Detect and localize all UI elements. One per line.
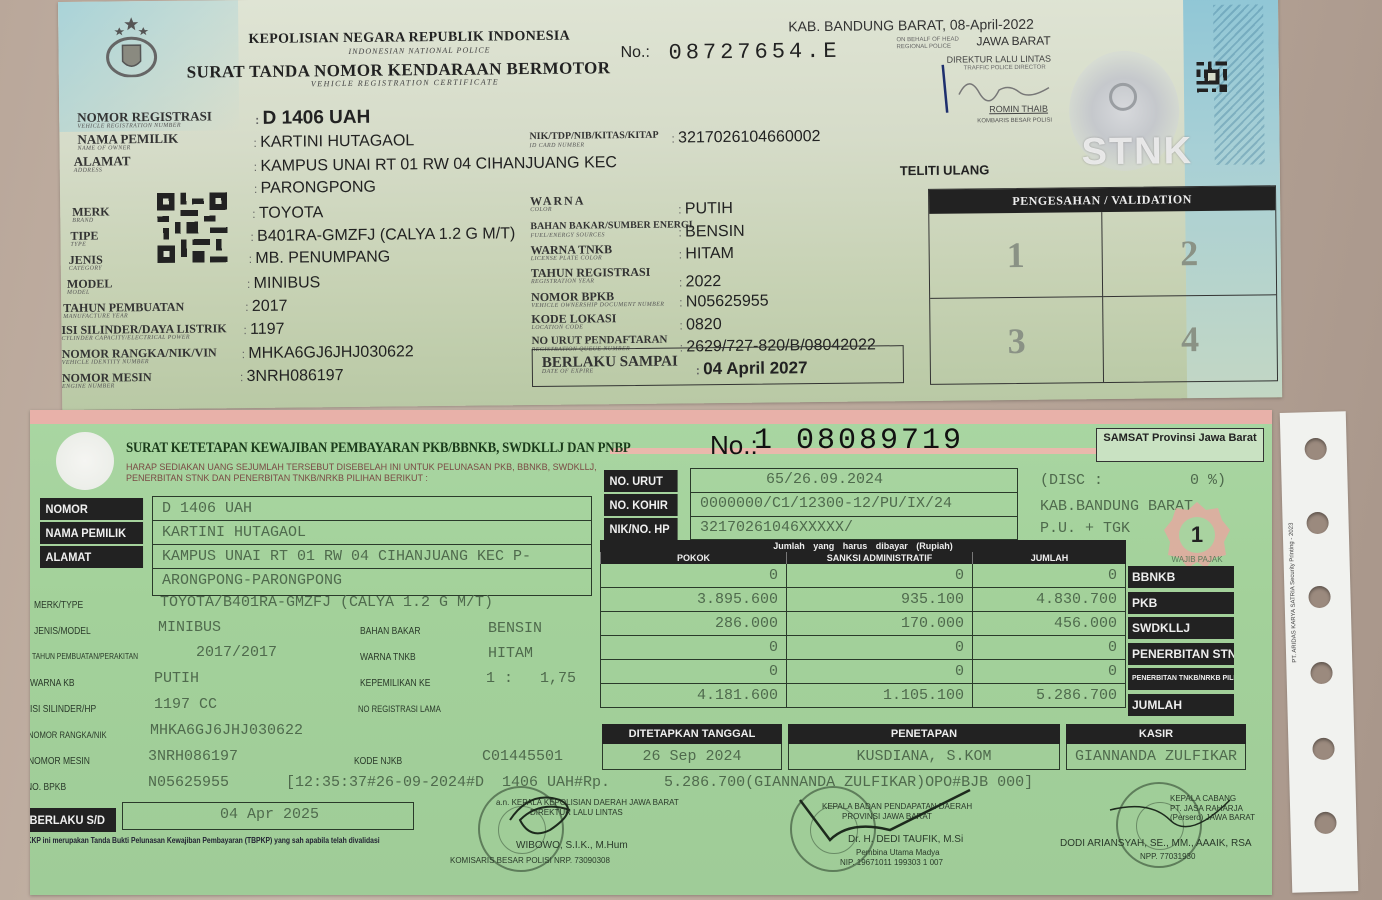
svg-text:1: 1 (1191, 522, 1203, 547)
column-header: JUMLAH (972, 552, 1126, 564)
validation-box: PENGESAHAN / VALIDATION 1 2 3 4 (928, 185, 1278, 385)
registration-year: 2022 (679, 273, 721, 291)
registration-number: D 1406 UAH (255, 107, 370, 130)
fuel: BENSIN (488, 620, 542, 637)
label-old-registration: NO REGISTRASI LAMA (358, 704, 441, 714)
expiry-date: 04 April 2027 (696, 358, 808, 379)
label-kohir: NO. KOHIR (604, 494, 678, 516)
vehicle-type: B401RA-GMZFJ (CALYA 1.2 G M/T) (250, 225, 515, 246)
payment-table-caption: Jumlah yang harus dibayar (Rupiah) (600, 540, 1126, 552)
owner-address: KAMPUS UNAI RT 01 RW 04 CIHANJUANG KEC (254, 154, 617, 176)
column-header: SANKSI ADMINISTRATIF (786, 552, 972, 564)
skkp-number-label: No.: (710, 430, 758, 461)
certificate-number: 08727654.E (668, 39, 840, 66)
label-bpkb: NO. BPKB (30, 782, 66, 793)
punch-hole (1310, 662, 1333, 685)
vehicle-category: MB. PENUMPANG (249, 249, 391, 268)
manufacture-year: 2017 (245, 298, 287, 316)
location-code: 0820 (679, 316, 721, 334)
table-row: 000 (600, 564, 1126, 588)
punch-hole (1304, 438, 1327, 461)
ownership: 1 : 1,75 (486, 670, 576, 687)
signatory-name: ROMIN THAIB (989, 104, 1048, 115)
field-label-cylinder: ISI SILINDER/DAYA LISTRIKCYLINDER CAPACI… (61, 322, 226, 343)
assessor: KUSDIANA, S.KOM (788, 744, 1060, 770)
label-njkb: KODE NJKB (354, 756, 402, 767)
brand-type: TOYOTA/B401RA-GMZFJ (CALYA 1.2 G M/T) (160, 594, 493, 611)
registration-number: D 1406 UAH (162, 500, 252, 517)
vehicle-category-code: P.U. + TGK (1040, 520, 1130, 537)
expiry-label: BERLAKU SAMPAIDATE OF EXPIRE (542, 356, 678, 376)
category-model: MINIBUS (158, 619, 221, 636)
label-registration: NOMOR REGISTRASI (40, 498, 143, 520)
field-label-brand: MERKBRAND (72, 205, 110, 224)
queue-number: 65/26.09.2024 (766, 471, 883, 488)
table-cell: 5.286.700 (972, 684, 1126, 708)
vehicle-color: PUTIH (154, 670, 199, 687)
label-cashier: KASIR (1066, 724, 1246, 744)
vin: MHKA6GJ6JHJ030622 (150, 722, 303, 739)
field-label-bpkb: NOMOR BPKBVEHICLE OWNERSHIP DOCUMENT NUM… (531, 290, 664, 310)
njkb-code: C01445501 (482, 748, 563, 765)
field-label-nik: NIK/TDP/NIB/KITAS/KITAPID CARD NUMBER (529, 130, 658, 150)
punch-hole (56, 432, 114, 490)
field-label-type: TIPETYPE (70, 230, 98, 249)
skkp-title: SURAT KETETAPAN KEWAJIBAN PEMBAYARAN PKB… (126, 440, 631, 457)
cashier: GIANNANDA ZULFIKAR (1066, 744, 1246, 770)
fuel-type: BENSIN (678, 223, 744, 242)
table-cell: 0 (600, 660, 786, 684)
table-cell: 0 (972, 660, 1126, 684)
validation-cell: 1 (929, 212, 1103, 299)
cylinder: 1197 CC (154, 696, 217, 713)
column-header: POKOK (600, 552, 786, 564)
row-label: BBNKB (1128, 566, 1234, 588)
bpkb-number: N05625955 (679, 293, 769, 312)
skkp-note: SKKP ini merupakan Tanda Bukti Pelunasan… (30, 836, 380, 845)
field-label-registration-year: TAHUN REGISTRASIREGISTRATION YEAR (531, 266, 651, 286)
qr-code-icon (156, 192, 229, 263)
table-cell: 4.830.700 (972, 588, 1126, 612)
table-cell: 0 (600, 564, 786, 588)
punch-hole (1306, 512, 1329, 535)
qr-code-icon (1193, 58, 1231, 96)
row-label: PENERBITAN STNK (1128, 643, 1234, 665)
owner-name: KARTINI HUTAGAOL (253, 132, 414, 152)
row-label: PENERBITAN TNKB/NRKB PILIHAN (1128, 668, 1234, 690)
police-emblem-icon (102, 15, 161, 78)
cylinder-capacity: 1197 (243, 321, 284, 339)
validation-title: PENGESAHAN / VALIDATION (929, 186, 1275, 214)
assessment-date: 26 Sep 2024 (602, 744, 782, 770)
nik-number: 3217026104660002 (671, 128, 820, 148)
field-label-engine: NOMOR MESINENGINE NUMBER (62, 371, 152, 391)
certificate-number-label: No.: (620, 44, 650, 62)
owner-name: KARTINI HUTAGAOL (162, 524, 306, 541)
manufacture-year: 2017/2017 (196, 644, 277, 661)
owner-address-line2: PARONGPONG (254, 179, 376, 198)
table-row: 000 (600, 636, 1126, 660)
vin-number: MHKA6GJ6JHJ030622 (242, 343, 414, 363)
stnk-certificate: KEPOLISIAN NEGARA REPUBLIK INDONESIA IND… (58, 0, 1282, 410)
discount-value: 0 %) (1190, 472, 1226, 489)
skkp-number: 1 08089719 (754, 424, 964, 458)
row-label: SWDKLLJ (1128, 617, 1234, 639)
table-cell: 0 (786, 636, 972, 660)
issuing-region: JAWA BARAT (976, 34, 1050, 49)
reexamine-note: TELITI ULANG (900, 162, 990, 178)
punch-hole (1308, 586, 1331, 609)
engine-number: 3NRH086197 (148, 748, 238, 765)
table-row: 4.181.6001.105.1005.286.700 (600, 684, 1126, 708)
table-cell: 0 (972, 636, 1126, 660)
field-label-plate-color: WARNA TNKBLICENSE PLATE COLOR (531, 243, 613, 263)
printer-credit: PT. ARIDAS KARYA SATRIA Security Printin… (1289, 523, 1299, 663)
vehicle-color: PUTIH (678, 200, 733, 219)
table-cell: 1.105.100 (786, 684, 972, 708)
field-label-category: JENISCATEGORY (69, 254, 103, 273)
punch-hole (1312, 738, 1335, 761)
skkp-instruction: HARAP SEDIAKAN UANG SEJUMLAH TERSEBUT DI… (126, 462, 606, 484)
label-queue: NO. URUT (604, 470, 678, 492)
label-category-model: JENIS/MODEL (34, 626, 91, 637)
table-row: 3.895.600935.1004.830.700 (600, 588, 1126, 612)
table-cell: 4.181.600 (600, 684, 786, 708)
table-cell: 170.000 (786, 612, 972, 636)
table-cell: 935.100 (786, 588, 972, 612)
owner-address-line2: ARONGPONG-PARONGPONG (162, 572, 342, 589)
field-label-color: WARNACOLOR (530, 194, 586, 214)
label-assessor: PENETAPAN (788, 724, 1060, 744)
office-name: SAMSAT Provinsi Jawa Barat (1096, 428, 1264, 462)
label-ownership: KEPEMILIKAN KE (360, 678, 430, 689)
signatory-rank: KOMBARIS BESAR POLISI (977, 118, 1052, 125)
hologram-seal-icon (1109, 83, 1137, 111)
field-label-model: MODELMODEL (67, 277, 113, 296)
label-brand-type: MERK/TYPE (34, 600, 83, 611)
taxpayer-badge-icon: 1 WAJIB PAJAK (1162, 500, 1232, 570)
on-behalf-text: ON BEHALF OF HEAD REGIONAL POLICE (896, 36, 966, 51)
discount-label: (DISC : (1040, 472, 1103, 489)
bpkb-number: N05625955 (148, 774, 229, 791)
table-row: 286.000170.000456.000 (600, 612, 1126, 636)
validation-cell: 2 (1102, 210, 1276, 297)
label-nik-phone: NIK/NO. HP (604, 518, 678, 540)
table-cell: 0 (786, 564, 972, 588)
signature-icon (470, 780, 1272, 860)
institution-name: KEPOLISIAN NEGARA REPUBLIK INDONESIA (248, 29, 570, 48)
table-cell: 0 (972, 564, 1126, 588)
validation-cell: 3 (930, 297, 1104, 384)
payment-table: Jumlah yang harus dibayar (Rupiah) POKOK… (600, 540, 1126, 708)
tax-assessment-slip: SURAT KETETAPAN KEWAJIBAN PEMBAYARAN PKB… (30, 410, 1272, 895)
label-assessment-date: DITETAPKAN TANGGAL (602, 724, 782, 744)
label-cylinder: ISI SILINDER/HP (30, 704, 96, 715)
table-cell: 0 (786, 660, 972, 684)
field-label-registration: NOMOR REGISTRASIVEHICLE REGISTRATION NUM… (77, 110, 212, 130)
validation-cell: 4 (1103, 295, 1277, 382)
table-cell: 456.000 (972, 612, 1126, 636)
svg-text:WAJIB PAJAK: WAJIB PAJAK (1171, 555, 1223, 564)
field-label-address: ALAMATADDRESS (74, 155, 131, 175)
label-plate-color: WARNA TNKB (360, 652, 416, 663)
table-cell: 286.000 (600, 612, 786, 636)
label-vehicle-color: WARNA KB (30, 678, 75, 689)
issue-place-date: KAB. BANDUNG BARAT, 08-April-2022 (788, 16, 1034, 35)
valid-until: 04 Apr 2025 (220, 806, 319, 823)
row-label: PKB (1128, 592, 1234, 614)
label-manufacture-year: TAHUN PEMBUATAN/PERAKITAN (32, 652, 138, 661)
plate-color: HITAM (488, 645, 533, 662)
plate-color: HITAM (679, 245, 734, 264)
label-valid-until: BERLAKU S/D (30, 808, 116, 832)
label-engine: NOMOR MESIN (30, 756, 90, 767)
punch-hole (1314, 812, 1337, 835)
owner-address: KAMPUS UNAI RT 01 RW 04 CIHANJUANG KEC P… (162, 548, 531, 565)
table-cell: 3.895.600 (600, 588, 786, 612)
label-address: ALAMAT (40, 546, 143, 568)
field-label-fuel: BAHAN BAKAR/SUMBER ENERGIFUEL/ENERGY SOU… (530, 219, 692, 240)
field-label-location-code: KODE LOKASILOCATION CODE (531, 312, 616, 332)
institution-name-en: INDONESIAN NATIONAL POLICE (348, 45, 490, 55)
table-cell: 0 (600, 636, 786, 660)
table-row: 000 (600, 660, 1126, 684)
row-label: JUMLAH (1128, 694, 1234, 716)
field-label-manufacture-year: TAHUN PEMBUATANMANUFACTURE YEAR (63, 301, 184, 321)
vehicle-brand: TOYOTA (252, 204, 323, 223)
field-label-vin: NOMOR RANGKA/NIK/VINVEHICLE IDENTITY NUM… (62, 346, 217, 367)
nik-phone: 32170261046XXXXX/ (700, 519, 853, 536)
document-title-en: VEHICLE REGISTRATION CERTIFICATE (311, 77, 499, 88)
perforated-strip: PT. ARIDAS KARYA SATRIA Security Printin… (1280, 411, 1359, 893)
kohir-number: 0000000/C1/12300-12/PU/IX/24 (700, 495, 952, 512)
field-label-owner: NAMA PEMILIKNAME OF OWNER (77, 133, 178, 153)
vehicle-model: MINIBUS (247, 274, 321, 293)
engine-number: 3NRH086197 (240, 367, 344, 386)
label-vin: NOMOR RANGKA/NIK (30, 730, 107, 740)
label-fuel: BAHAN BAKAR (360, 626, 420, 637)
label-owner: NAMA PEMILIK (40, 522, 143, 544)
hologram-text: STNK (1081, 130, 1193, 174)
